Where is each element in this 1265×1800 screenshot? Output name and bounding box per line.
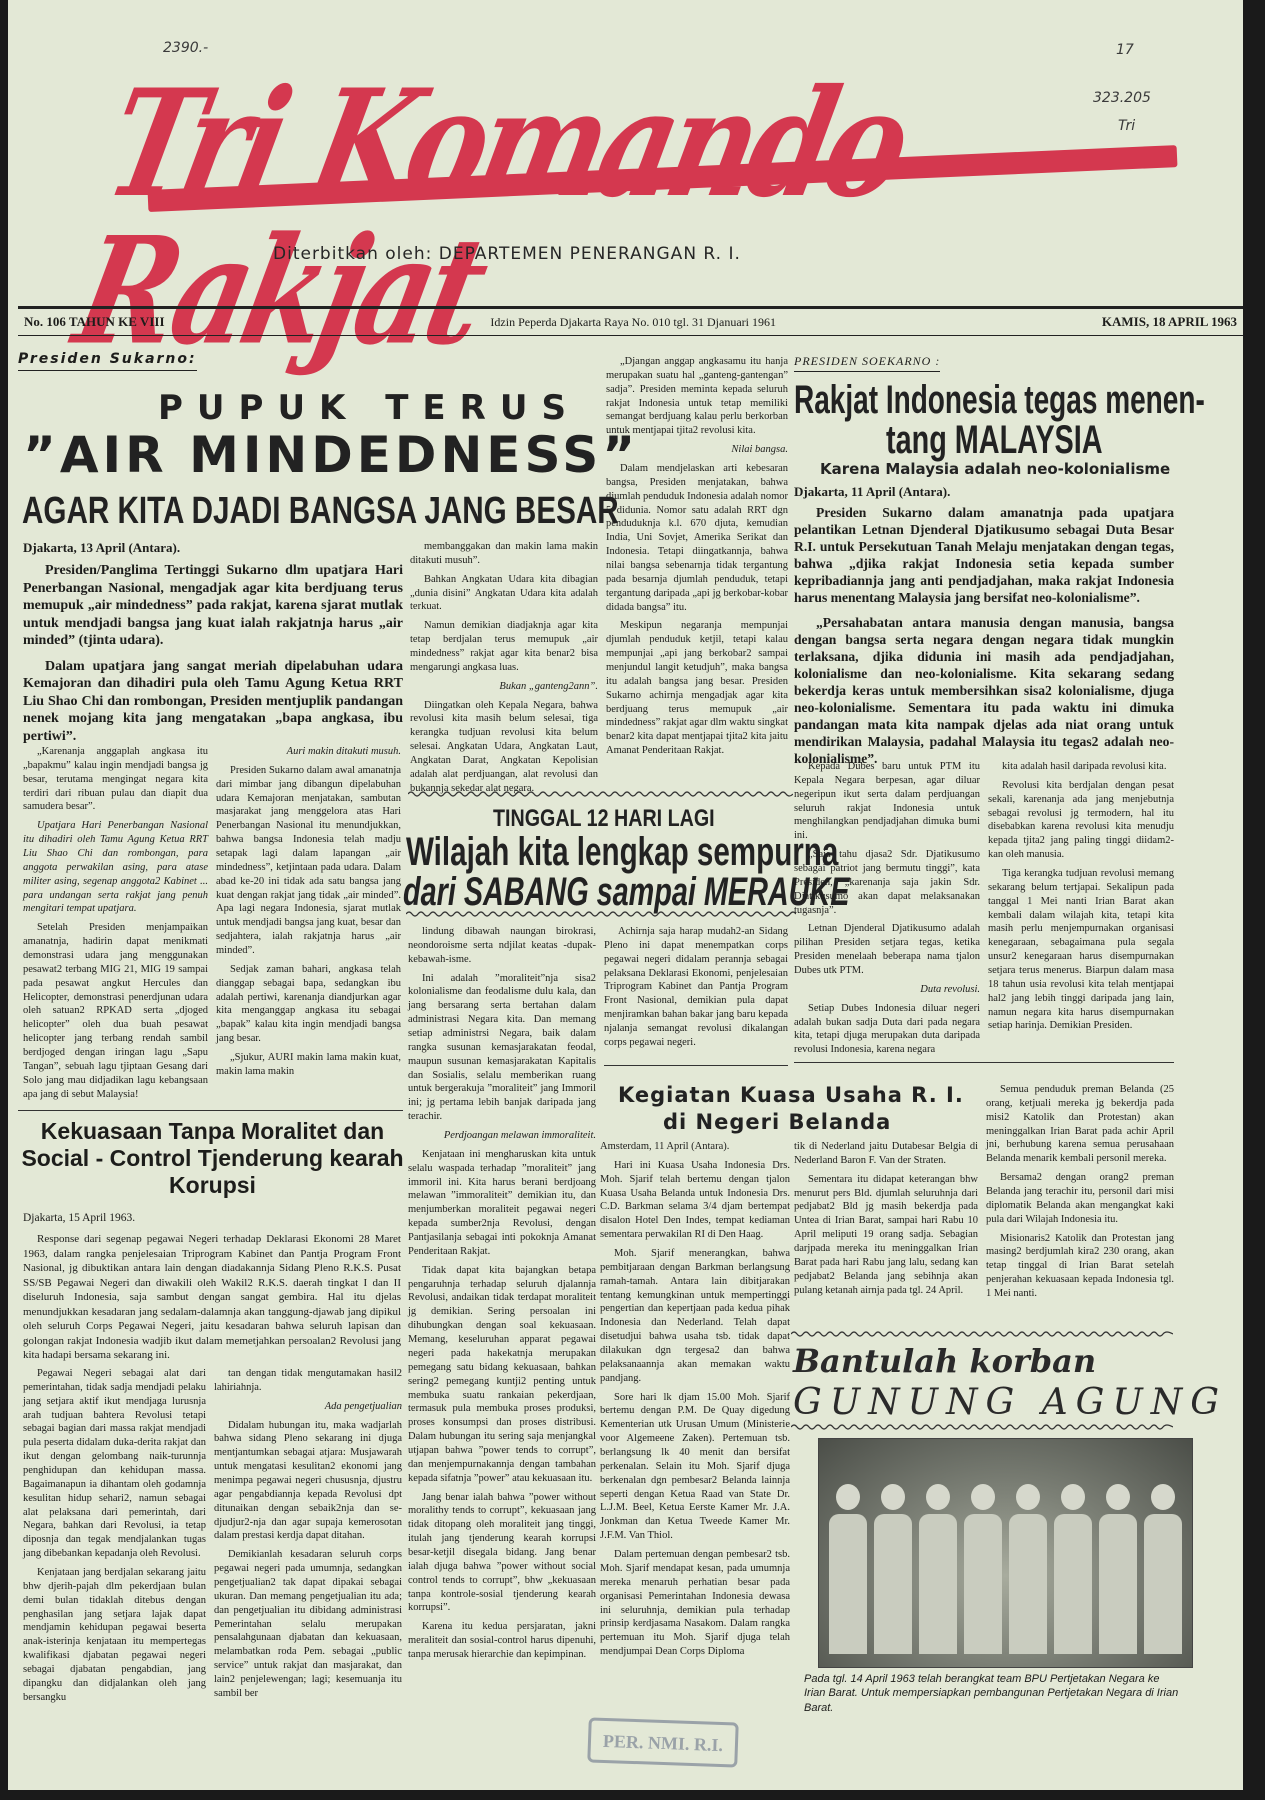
issue-info-bar: No. 106 TAHUN KE VIII Idzin Peperda Djak… [18, 306, 1243, 336]
air-headline-1: PUPUK TERUS [158, 388, 580, 428]
air-column-4: „Djangan anggap angkasamu itu hanja meru… [606, 355, 788, 763]
sabang-headline-3: dari SABANG sampai MERAUKE [403, 870, 849, 915]
air-lead-block: Djakarta, 13 April (Antara). Presiden/Pa… [23, 540, 403, 753]
scan-edge-shadow [1243, 0, 1265, 1800]
korupsi-col3-subhead: Perdjoangan melawan immoraliteit. [408, 1129, 596, 1143]
section-divider [794, 1062, 1174, 1063]
air-col3-paragraph: membanggakan dan makin lama makin ditaku… [410, 540, 598, 568]
belanda-column-2: tik di Nederland jaitu Dutabesar Belgia … [794, 1140, 978, 1302]
korupsi-column-2: tan dengan tidak mengutamakan hasil2 lah… [214, 1367, 402, 1706]
air-column-3: membanggakan dan makin lama makin ditaku… [410, 540, 598, 801]
handwritten-note-right-1: 17 [1116, 42, 1134, 58]
publication-permit: Idzin Peperda Djakarta Raya No. 010 tgl.… [490, 315, 776, 330]
air-lead-paragraph-2: Dalam upatjara jang sangat meriah dipela… [23, 658, 403, 746]
belanda-col1-paragraph: Dalam pertemuan dengan pembesar2 tsb. Mo… [600, 1548, 790, 1659]
air-col2-subhead: Auri makin ditakuti musuh. [216, 745, 401, 759]
korupsi-col3-paragraph: Kenjataan ini mengharuskan kita untuk se… [408, 1148, 596, 1259]
belanda-col3-paragraph: Semua penduduk preman Belanda (25 orang,… [986, 1083, 1174, 1166]
korupsi-col4-paragraph: Achirnja saja harap mudah2-an Sidang Ple… [604, 925, 788, 1050]
korupsi-col1-paragraph: Kenjataan jang berdjalan sekarang jaitu … [23, 1566, 206, 1705]
korupsi-lead-block: Response dari segenap pegawai Negeri ter… [23, 1232, 401, 1368]
malaysia-headline-2: tang MALAYSIA [886, 418, 1103, 463]
air-dateline: Djakarta, 13 April (Antara). [23, 540, 403, 556]
gunung-headline-1: Bantulah korban [793, 1342, 1096, 1380]
air-col3-paragraph: Diingatkan oleh Kepala Negara, bahwa rev… [410, 699, 598, 796]
air-col4-subhead: Nilai bangsa. [606, 443, 788, 457]
malaysia-column-2: kita adalah hasil daripada revolusi kita… [988, 760, 1174, 1038]
belanda-headline-2: di Negeri Belanda [663, 1110, 891, 1134]
malaysia-col2-paragraph: Revolusi kita berdjalan dengan pesat sek… [988, 779, 1174, 862]
malaysia-column-1: Kepada Dubes baru untuk PTM itu Kepala N… [794, 760, 980, 1062]
wavy-divider [791, 1423, 1173, 1431]
air-headline-3: AGAR KITA DJADI BANGSA JANG BESAR [22, 490, 619, 533]
malaysia-col2-paragraph: kita adalah hasil daripada revolusi kita… [988, 760, 1174, 774]
handwritten-note-right-2: 323.205 [1093, 90, 1151, 106]
photo-caption: Pada tgl. 14 April 1963 telah berangkat … [804, 1672, 1179, 1715]
korupsi-dateline: Djakarta, 15 April 1963. [23, 1212, 135, 1224]
korupsi-lead-paragraph: Response dari segenap pegawai Negeri ter… [23, 1232, 401, 1363]
korupsi-column-4: Achirnja saja harap mudah2-an Sidang Ple… [604, 925, 788, 1055]
malaysia-col1-paragraph: Setiap Dubes Indonesia diluar negeri ada… [794, 1002, 980, 1057]
belanda-dateline: Amsterdam, 11 April (Antara). [600, 1140, 790, 1154]
air-col1-paragraph: Setelah Presiden menjampaikan amanatnja,… [23, 921, 208, 1101]
air-col3-subhead: Bukan „ganteng2ann”. [410, 680, 598, 694]
library-stamp: PER. NMI. R.I. [587, 1717, 738, 1767]
malaysia-col1-paragraph: Kepada Dubes baru untuk PTM itu Kepala N… [794, 760, 980, 843]
group-photo [818, 1438, 1193, 1668]
air-col2-paragraph: Presiden Sukarno dalam awal amanatnja da… [216, 764, 401, 958]
belanda-column-3: Semua penduduk preman Belanda (25 orang,… [986, 1083, 1174, 1306]
air-col2-paragraph: Sedjak zaman bahari, angkasa telah diang… [216, 963, 401, 1046]
korupsi-col3-paragraph: Tidak dapat kita bajangkan betapa pengar… [408, 1264, 596, 1486]
korupsi-col2-paragraph: Didalam hubungan itu, maka wadjarlah bah… [214, 1419, 402, 1544]
issue-date: KAMIS, 18 APRIL 1963 [1102, 314, 1237, 330]
air-article-kicker-wrap: Presiden Sukarno: [18, 350, 243, 371]
air-column-1: „Karenanja anggaplah angkasa itu „bapakm… [23, 745, 208, 1106]
korupsi-col3-paragraph: lindung dibawah naungan birokrasi, neond… [408, 925, 596, 967]
belanda-headline-1: Kegiatan Kuasa Usaha R. I. [618, 1083, 964, 1107]
belanda-col2-paragraph: tik di Nederland jaitu Dutabesar Belgia … [794, 1140, 978, 1168]
korupsi-headline: Kekuasaan Tanpa Moralitet dan Social - C… [20, 1118, 405, 1199]
air-col3-paragraph: Bahkan Angkatan Udara kita dibagian „dun… [410, 573, 598, 615]
korupsi-col1-paragraph: Pegawai Negeri sebagai alat dari pemerin… [23, 1367, 206, 1561]
korupsi-col3-paragraph: Jang benar ialah bahwa ”power without mo… [408, 1491, 596, 1616]
belanda-column-1: Amsterdam, 11 April (Antara). Hari ini K… [600, 1140, 790, 1664]
belanda-col1-paragraph: Moh. Sjarif menerangkan, bahwa pembitjar… [600, 1247, 790, 1386]
korupsi-col2-paragraph: Demikianlah kesadaran seluruh corps pega… [214, 1548, 402, 1700]
masthead: 2390.- Tri Komando Rakjat 17 323.205 Tri… [8, 0, 1243, 290]
air-col3-paragraph: Namun demikian diadjaknja agar kita teta… [410, 619, 598, 674]
issue-number: No. 106 TAHUN KE VIII [24, 314, 165, 330]
malaysia-headline-1: Rakjat Indonesia tegas menen- [794, 378, 1205, 423]
handwritten-note-left: 2390.- [163, 40, 208, 56]
korupsi-column-3: lindung dibawah naungan birokrasi, neond… [408, 925, 596, 1667]
air-headline-2: ”AIR MINDEDNESS” [23, 426, 639, 484]
belanda-col3-paragraph: Bersama2 dengan orang2 preman Belanda ja… [986, 1171, 1174, 1226]
korupsi-col2-subhead: Ada pengetjualian [214, 1400, 402, 1414]
air-article-kicker: Presiden Sukarno: [18, 351, 197, 371]
malaysia-subhead: Karena Malaysia adalah neo-kolonialisme [820, 460, 1170, 478]
air-col4-paragraph: Meskipun negaranja mempunjai djumlah pen… [606, 619, 788, 758]
korupsi-col3-paragraph: Karena itu kedua persjaratan, jakni mera… [408, 1620, 596, 1662]
malaysia-lead-block: Djakarta, 11 April (Antara). Presiden Su… [794, 484, 1174, 776]
malaysia-lead-paragraph-2: „Persahabatan antara manusia dengan manu… [794, 615, 1174, 768]
malaysia-col1-paragraph: Letnan Djenderal Djatikusumo adalah pili… [794, 922, 980, 977]
air-lead-paragraph-1: Presiden/Panglima Tertinggi Sukarno dlm … [23, 562, 403, 650]
malaysia-kicker-wrap: PRESIDEN SOEKARNO : [794, 352, 940, 372]
handwritten-note-right-3: Tri [1118, 118, 1135, 134]
photo-figures [829, 1484, 1182, 1664]
air-col2-paragraph: „Sjukur, AURI makin lama makin kuat, mak… [216, 1051, 401, 1079]
publisher-line: Diterbitkan oleh: DEPARTEMEN PENERANGAN … [273, 244, 741, 264]
malaysia-dateline: Djakarta, 11 April (Antara). [794, 484, 1174, 500]
malaysia-col1-paragraph: „Saja tahu djasa2 Sdr. Djatikusumo sebag… [794, 848, 980, 917]
wavy-divider [406, 910, 796, 918]
belanda-col2-paragraph: Sementara itu didapat keterangan bhw men… [794, 1173, 978, 1298]
sabang-headline-1: TINGGAL 12 HARI LAGI [493, 805, 715, 833]
malaysia-lead-paragraph-1: Presiden Sukarno dalam amanatnja pada up… [794, 505, 1174, 607]
newspaper-page: 2390.- Tri Komando Rakjat 17 323.205 Tri… [8, 0, 1243, 1790]
air-column-2: Auri makin ditakuti musuh. Presiden Suka… [216, 745, 401, 1084]
belanda-col3-paragraph: Misionaris2 Katolik dan Protestan jang m… [986, 1232, 1174, 1301]
korupsi-col2-paragraph: tan dengan tidak mengutamakan hasil2 lah… [214, 1367, 402, 1395]
malaysia-col2-paragraph: Tiga kerangka tudjuan revolusi memang se… [988, 867, 1174, 1033]
korupsi-col3-paragraph: Ini adalah ”moraliteit”nja sisa2 kolonia… [408, 972, 596, 1124]
section-divider [18, 1110, 403, 1111]
gunung-headline-2: GUNUNG AGUNG [793, 1382, 1227, 1423]
belanda-col1-paragraph: Sore hari lk djam 15.00 Moh. Sjarif bert… [600, 1391, 790, 1543]
air-col1-paragraph: Upatjara Hari Penerbangan Nasional itu d… [23, 819, 208, 916]
air-col4-paragraph: „Djangan anggap angkasamu itu hanja meru… [606, 355, 788, 438]
wavy-divider [408, 790, 793, 798]
section-divider [604, 1065, 788, 1066]
malaysia-kicker: PRESIDEN SOEKARNO : [794, 354, 940, 372]
air-col4-paragraph: Dalam mendjelaskan arti kebesaran bangsa… [606, 462, 788, 614]
korupsi-column-1: Pegawai Negeri sebagai alat dari pemerin… [23, 1367, 206, 1710]
belanda-col1-paragraph: Hari ini Kuasa Usaha Indonesia Drs. Moh.… [600, 1159, 790, 1242]
malaysia-col1-subhead: Duta revolusi. [794, 983, 980, 997]
air-col1-paragraph: „Karenanja anggaplah angkasa itu „bapakm… [23, 745, 208, 814]
wavy-divider [791, 1330, 1173, 1338]
sabang-headline-2: Wilajah kita lengkap sempurna [406, 830, 838, 875]
